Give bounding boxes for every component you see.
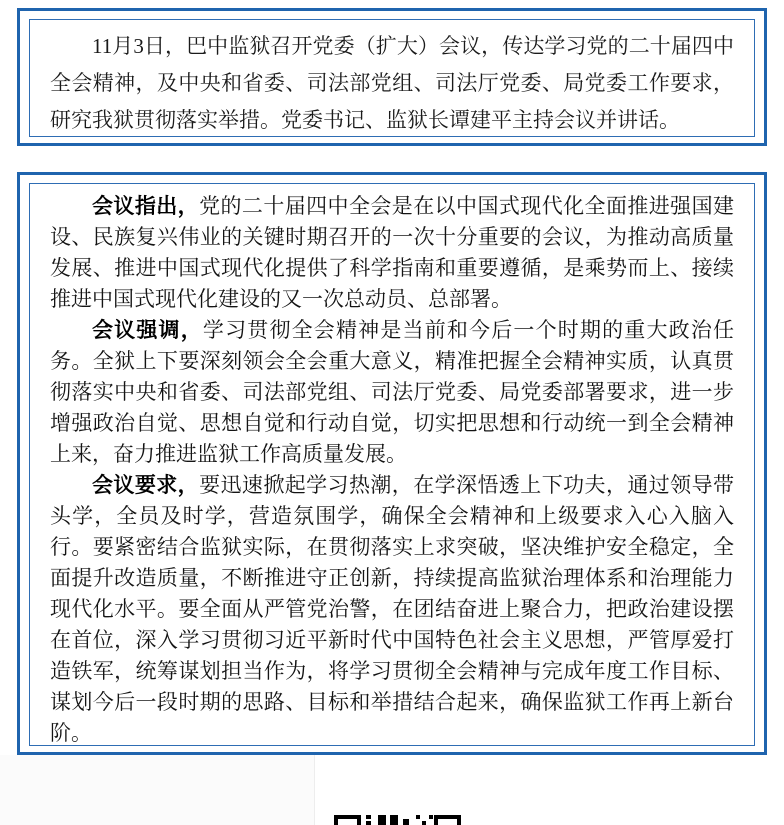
paragraph-lead: 会议要求， bbox=[92, 474, 199, 497]
paragraph-meeting-emphasized: 会议强调，学习贯彻全会精神是当前和今后一个时期的重大政治任务。全狱上下要深刻领会… bbox=[50, 315, 734, 470]
page-scan-seam-line bbox=[314, 755, 315, 825]
qr-code-top-fragment bbox=[334, 815, 461, 825]
meeting-summary-content: 会议指出，党的二十届四中全会是在以中国式现代化全面推进强国建设、民族复兴伟业的关… bbox=[30, 184, 754, 746]
paragraph-lead: 会议强调， bbox=[92, 319, 203, 342]
intro-section-inner-border: 11月3日，巴中监狱召开党委（扩大）会议，传达学习党的二十届四中全会精神，及中央… bbox=[29, 19, 755, 137]
meeting-summary-section: 会议指出，党的二十届四中全会是在以中国式现代化全面推进强国建设、民族复兴伟业的关… bbox=[17, 172, 767, 755]
qr-code-icon bbox=[334, 815, 461, 825]
paragraph-meeting-required: 会议要求，要迅速掀起学习热潮，在学深悟透上下功夫，通过领导带头学，全员及时学，营… bbox=[50, 470, 734, 746]
intro-section: 11月3日，巴中监狱召开党委（扩大）会议，传达学习党的二十届四中全会精神，及中央… bbox=[17, 8, 767, 146]
intro-paragraph: 11月3日，巴中监狱召开党委（扩大）会议，传达学习党的二十届四中全会精神，及中央… bbox=[30, 20, 754, 137]
paragraph-body: 要迅速掀起学习热潮，在学深悟透上下功夫，通过领导带头学，全员及时学，营造氛围学，… bbox=[50, 474, 734, 745]
paragraph-meeting-pointed-out: 会议指出，党的二十届四中全会是在以中国式现代化全面推进强国建设、民族复兴伟业的关… bbox=[50, 191, 734, 315]
meeting-summary-inner-border: 会议指出，党的二十届四中全会是在以中国式现代化全面推进强国建设、民族复兴伟业的关… bbox=[29, 183, 755, 746]
page-scan-seam-shade bbox=[0, 755, 314, 825]
paragraph-lead: 会议指出， bbox=[92, 195, 199, 218]
